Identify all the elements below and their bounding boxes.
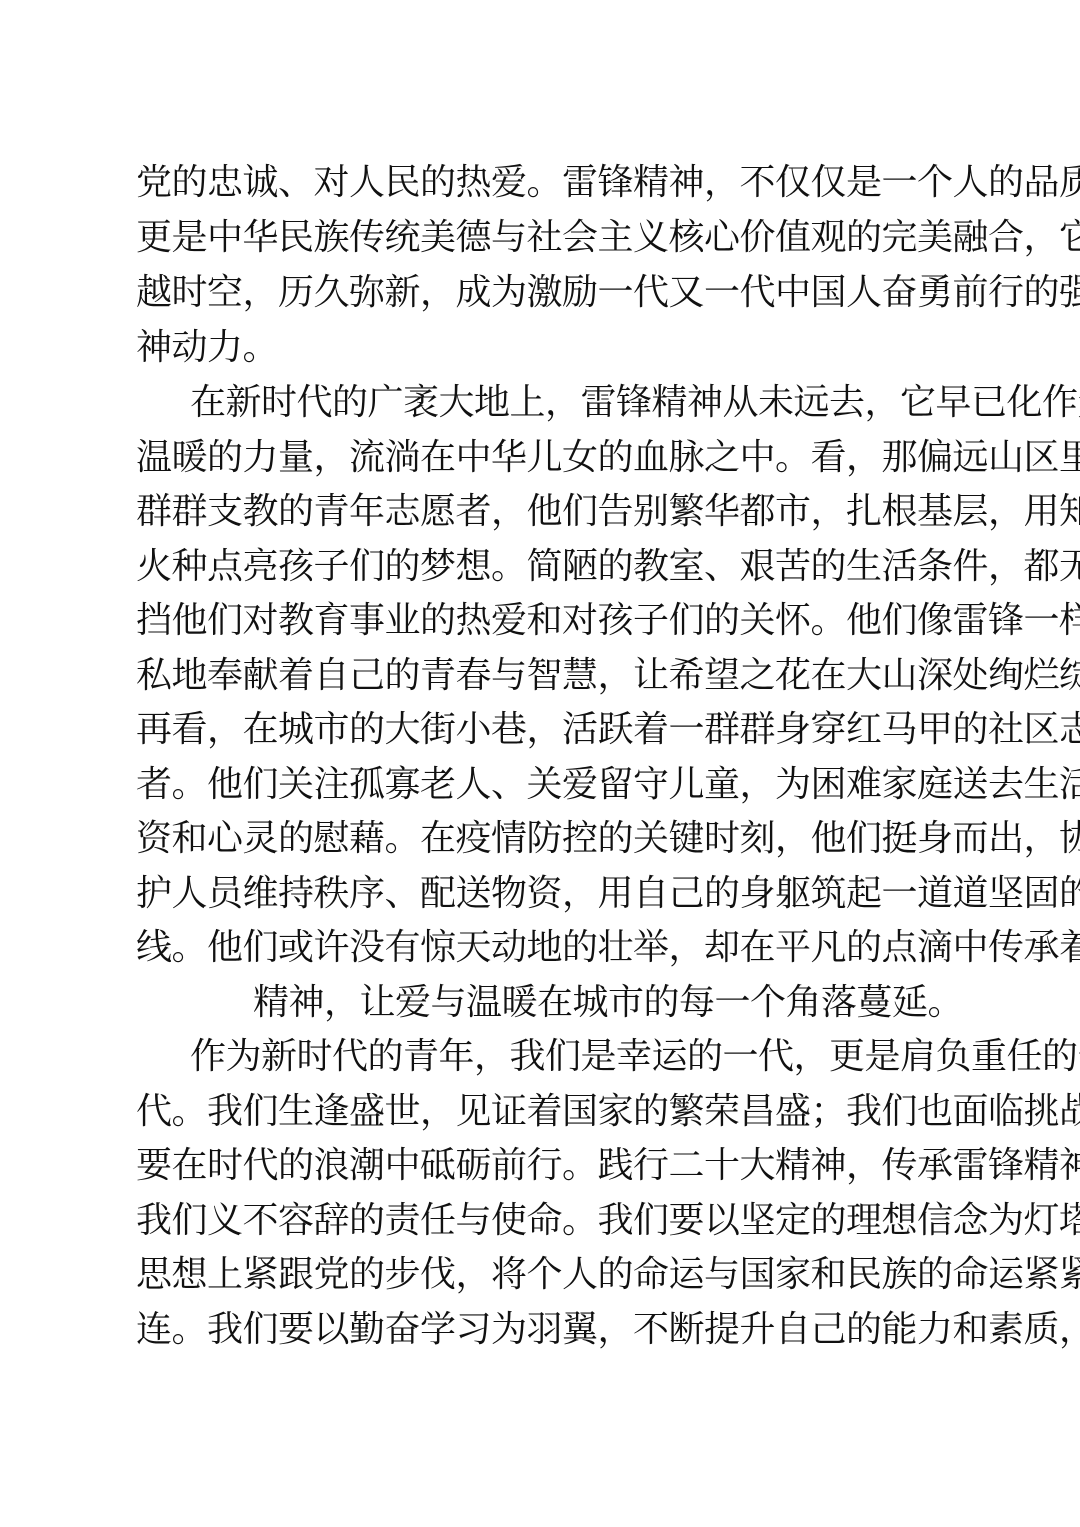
text-line: 更是中华民族传统美德与社会主义核心价值观的完美融合，它跨 (136, 218, 1080, 258)
text-line: 神动力。 (136, 328, 278, 368)
text-line: 连。我们要以勤奋学习为羽翼，不断提升自己的能力和素质，努力 (136, 1310, 1080, 1350)
text-line: 群群支教的青年志愿者，他们告别繁华都市，扎根基层，用知识的 (136, 492, 1080, 532)
text-line: 代。我们生逢盛世，见证着国家的繁荣昌盛；我们也面临挑战，需 (136, 1092, 1080, 1132)
text-line: 私地奉献着自己的青春与智慧，让希望之花在大山深处绚烂绽放。 (136, 656, 1080, 696)
text-line: 火种点亮孩子们的梦想。简陋的教室、艰苦的生活条件，都无法阻 (136, 547, 1080, 587)
text-line: 党的忠诚、对人民的热爱。雷锋精神，不仅仅是一个人的品质体现， (136, 163, 1080, 203)
paragraph-start-line: 作为新时代的青年，我们是幸运的一代，更是肩负重任的一 (190, 1037, 1080, 1077)
text-line: 再看，在城市的大街小巷，活跃着一群群身穿红马甲的社区志愿 (136, 710, 1080, 750)
text-line: 要在时代的浪潮中砥砺前行。践行二十大精神，传承雷锋精神，是 (136, 1146, 1080, 1186)
text-line: 我们义不容辞的责任与使命。我们要以坚定的理想信念为灯塔，在 (136, 1201, 1080, 1241)
document-page: 党的忠诚、对人民的热爱。雷锋精神，不仅仅是一个人的品质体现， 更是中华民族传统美… (0, 0, 1080, 1527)
text-line: 者。他们关注孤寡老人、关爱留守儿童，为困难家庭送去生活的物 (136, 765, 1080, 805)
text-line: 精神，让爱与温暖在城市的每一个角落蔓延。 (253, 983, 963, 1023)
paragraph-start-line: 在新时代的广袤大地上，雷锋精神从未远去，它早已化作无数 (190, 383, 1080, 423)
text-line: 越时空，历久弥新，成为激励一代又一代中国人奋勇前行的强大精 (136, 273, 1080, 313)
text-line: 线。他们或许没有惊天动地的壮举，却在平凡的点滴中传承着雷锋 (136, 928, 1080, 968)
text-line: 挡他们对教育事业的热爱和对孩子们的关怀。他们像雷锋一样，无 (136, 601, 1080, 641)
text-line: 护人员维持秩序、配送物资，用自己的身躯筑起一道道坚固的防 (136, 874, 1080, 914)
text-line: 资和心灵的慰藉。在疫情防控的关键时刻，他们挺身而出，协助医 (136, 819, 1080, 859)
text-line: 思想上紧跟党的步伐，将个人的命运与国家和民族的命运紧紧相 (136, 1255, 1080, 1295)
text-line: 温暖的力量，流淌在中华儿女的血脉之中。看，那偏远山区里，一 (136, 438, 1080, 478)
